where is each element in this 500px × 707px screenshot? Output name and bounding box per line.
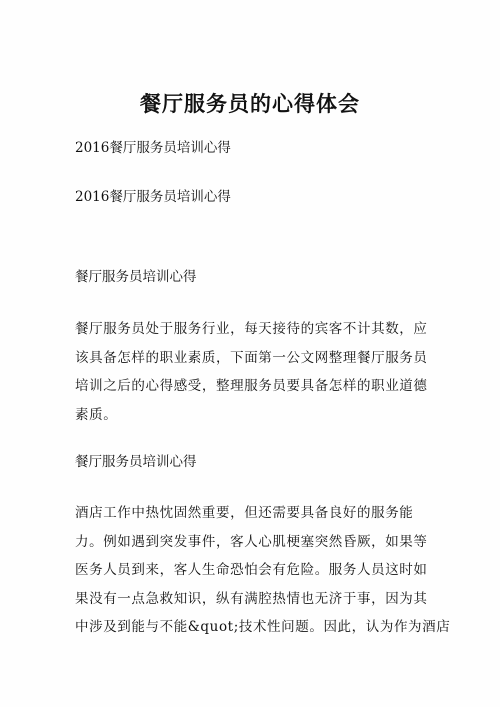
section-paragraph: 餐厅服务员处于服务行业，每天接待的宾客不计其数，应 该具备怎样的职业素质，下面第… — [75, 315, 425, 429]
paragraph-line: 该具备怎样的职业素质，下面第一公文网整理餐厅服务员 — [75, 344, 425, 373]
page-title: 餐厅服务员的心得体会 — [0, 90, 500, 118]
paragraph-line: 力。例如遇到突发事件，客人心肌梗塞突然昏厥，如果等 — [75, 528, 425, 557]
section-paragraph: 酒店工作中热忱固然重要，但还需要具备良好的服务能 力。例如遇到突发事件，客人心肌… — [75, 499, 425, 642]
paragraph-line: 餐厅服务员处于服务行业，每天接待的宾客不计其数，应 — [75, 315, 425, 344]
section-heading: 餐厅服务员培训心得 — [75, 452, 197, 472]
section-heading: 餐厅服务员培训心得 — [75, 267, 197, 287]
paragraph-line: 果没有一点急救知识，纵有满腔热情也无济于事，因为其 — [75, 585, 425, 614]
paragraph-line: 酒店工作中热忱固然重要，但还需要具备良好的服务能 — [75, 499, 425, 528]
paragraph-line: 医务人员到来，客人生命恐怕会有危险。服务人员这时如 — [75, 556, 425, 585]
paragraph-line: 中涉及到能与不能&quot;技术性问题。因此，认为作为酒店 — [75, 613, 425, 642]
paragraph-line: 素质。 — [75, 401, 425, 430]
subtitle-line: 2016餐厅服务员培训心得 — [75, 138, 231, 158]
subtitle-line: 2016餐厅服务员培训心得 — [75, 187, 231, 207]
paragraph-line: 培训之后的心得感受，整理服务员要具备怎样的职业道德 — [75, 372, 425, 401]
document-page: 餐厅服务员的心得体会 2016餐厅服务员培训心得 2016餐厅服务员培训心得 餐… — [0, 0, 500, 707]
